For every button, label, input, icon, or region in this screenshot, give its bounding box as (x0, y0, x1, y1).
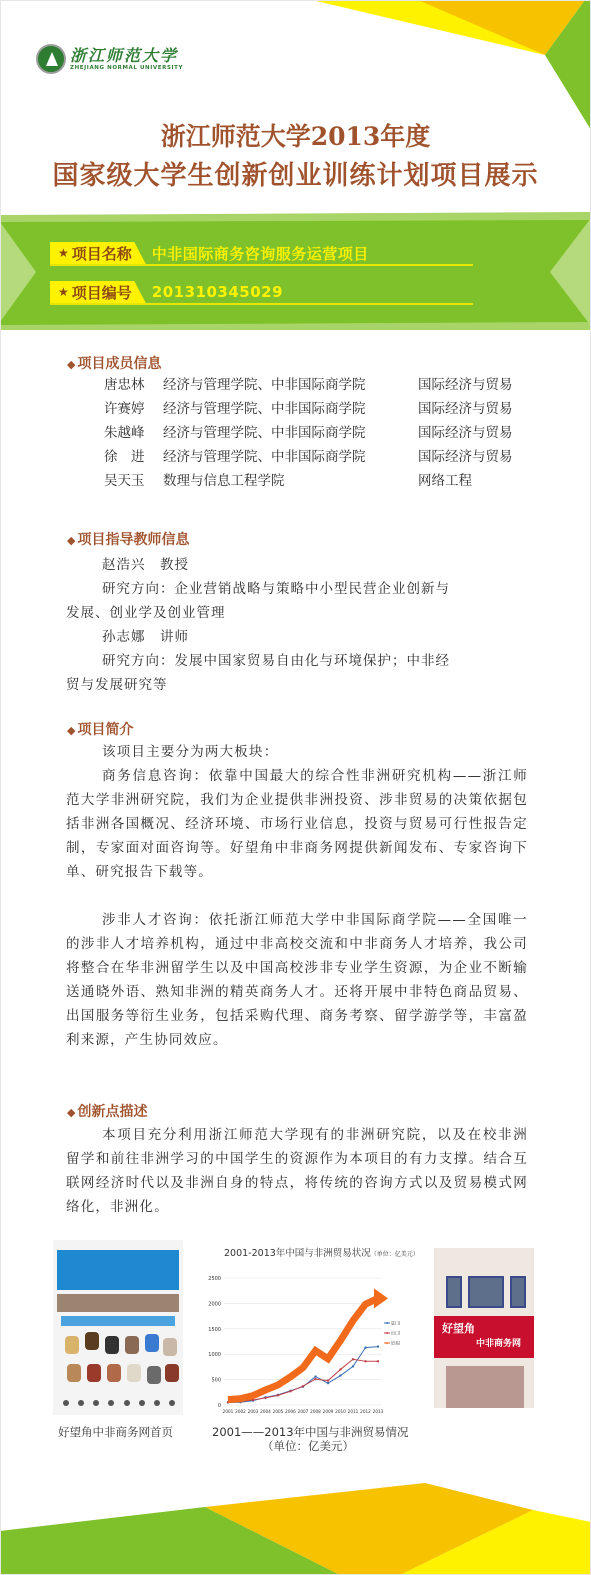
project-id-value: 201310345029 (152, 283, 283, 301)
svg-text:1000: 1000 (208, 1352, 221, 1358)
svg-text:2009: 2009 (323, 1409, 334, 1414)
svg-text:2004: 2004 (260, 1409, 271, 1414)
diamond-bullet-icon: ◆ (67, 724, 75, 737)
svg-text:2007: 2007 (298, 1409, 309, 1414)
website-homepage-image (53, 1240, 183, 1415)
advisor-research: 研究方向：企业营销战略与策略中小型民营企业创新与 (102, 577, 450, 597)
poster-title-line1: 浙江师范大学2013年度 (0, 117, 591, 153)
svg-text:0: 0 (218, 1403, 221, 1409)
diamond-bullet-icon: ◆ (67, 358, 75, 371)
storefront-photo: 好望角 中非商务网 (434, 1248, 534, 1408)
svg-text:2006: 2006 (285, 1409, 296, 1414)
advisor-research: 研究方向：发展中国家贸易自由化与环境保护；中非经 (102, 649, 450, 669)
logo-name-cn: 浙江师范大学 (70, 47, 183, 65)
star-icon: ★ (58, 246, 69, 260)
svg-text:2010: 2010 (335, 1409, 346, 1414)
svg-text:2005: 2005 (273, 1409, 284, 1414)
innovation-heading: ◆创新点描述 (67, 1101, 147, 1121)
innovation-paragraph: 本项目充分利用浙江师范大学现有的非洲研究院，以及在校非洲留学和前往非洲学习的中国… (66, 1123, 528, 1219)
intro-paragraph-3: 涉非人才咨询：依托浙江师范大学中非国际商学院——全国唯一的涉非人才培养机构，通过… (66, 908, 528, 1052)
svg-text:2002: 2002 (235, 1409, 246, 1414)
svg-text:2001: 2001 (223, 1409, 234, 1414)
svg-text:500: 500 (211, 1378, 221, 1384)
star-icon: ★ (58, 285, 69, 299)
svg-text:进口额: 进口额 (391, 1320, 400, 1326)
advisor-research-cont: 贸与发展研究等 (66, 673, 168, 693)
intro-paragraph-2: 商务信息咨询：依靠中国最大的综合性非洲研究机构——浙江师范大学非洲研究院，我们为… (66, 764, 528, 884)
svg-text:2013: 2013 (373, 1409, 384, 1414)
svg-text:2500: 2500 (208, 1276, 221, 1282)
poster-title-line2: 国家级大学生创新创业训练计划项目展示 (0, 155, 591, 192)
university-seal-icon (36, 44, 66, 74)
advisor-name: 赵浩兴 教授 (102, 553, 189, 573)
members-heading: ◆项目成员信息 (67, 353, 161, 373)
logo-name-en: ZHEJIANG NORMAL UNIVERSITY (70, 65, 183, 72)
svg-text:出口额: 出口额 (391, 1330, 400, 1336)
svg-text:2003: 2003 (248, 1409, 259, 1414)
svg-text:2008: 2008 (310, 1409, 321, 1414)
svg-text:2012: 2012 (360, 1409, 371, 1414)
svg-text:2000: 2000 (208, 1301, 221, 1307)
project-id-row: ★ 项目编号 201310345029 (50, 281, 283, 303)
diamond-bullet-icon: ◆ (67, 1106, 75, 1119)
advisor-research-cont: 发展、创业学及创业管理 (66, 601, 226, 621)
poster: 浙江师范大学 ZHEJIANG NORMAL UNIVERSITY 浙江师范大学… (0, 0, 591, 1575)
intro-paragraph-1: 该项目主要分为两大板块： (66, 740, 528, 764)
website-caption: 好望角中非商务网首页 (58, 1424, 173, 1440)
advisor-name: 孙志娜 讲师 (102, 625, 189, 645)
project-id-label: 项目编号 (72, 282, 132, 303)
advisors-heading: ◆项目指导教师信息 (67, 529, 189, 549)
trade-chart: 2001-2013年中国与非洲贸易状况（单位：亿美元） 050010001500… (200, 1245, 400, 1415)
divider (50, 264, 473, 266)
chart-caption-line2: （单位：亿美元） (262, 1438, 354, 1454)
diamond-bullet-icon: ◆ (67, 534, 75, 547)
project-name-row: ★ 项目名称 中非国际商务咨询服务运营项目 (50, 242, 369, 264)
store-sign: 好望角 中非商务网 (434, 1316, 534, 1358)
project-name-value: 中非国际商务咨询服务运营项目 (152, 243, 369, 264)
project-name-label: 项目名称 (72, 243, 132, 264)
project-id-tag: ★ 项目编号 (50, 281, 146, 303)
divider (50, 303, 473, 305)
svg-text:贸易额: 贸易额 (391, 1340, 400, 1346)
svg-text:2011: 2011 (348, 1409, 359, 1414)
project-name-tag: ★ 项目名称 (50, 242, 146, 264)
university-logo: 浙江师范大学 ZHEJIANG NORMAL UNIVERSITY (36, 44, 183, 74)
svg-text:1500: 1500 (208, 1327, 221, 1333)
intro-heading: ◆项目简介 (67, 719, 133, 739)
chart-plot: 0500100015002000250020012002200320042005… (200, 1245, 400, 1415)
